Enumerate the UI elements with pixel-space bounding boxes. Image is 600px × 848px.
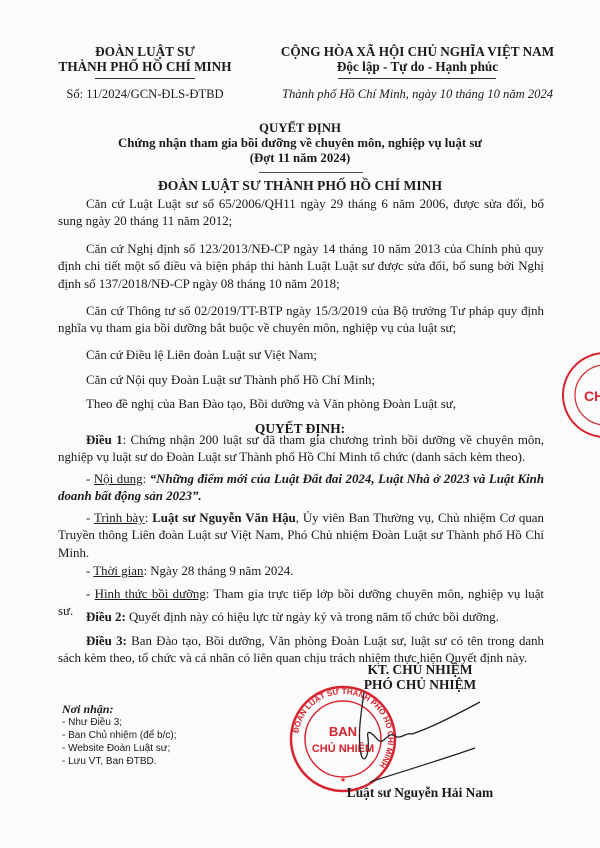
place-date: Thành phố Hồ Chí Minh, ngày 10 tháng 10 … (255, 87, 580, 102)
decision-heading: QUYẾT ĐỊNH: (60, 397, 540, 413)
article-2-label: Điều 2: (86, 610, 126, 624)
format-label: Hình thức bồi dưỡng (95, 587, 206, 601)
time-value: : Ngày 28 tháng 9 năm 2024. (143, 564, 293, 578)
state-name: CỘNG HÒA XÃ HỘI CHỦ NGHĨA VIỆT NAM (255, 44, 580, 59)
document-title: QUYẾT ĐỊNH Chứng nhận tham gia bồi dưỡng… (60, 121, 540, 166)
time-label: Thời gian (93, 564, 143, 578)
title-line2: Chứng nhận tham gia bồi dưỡng về chuyên … (60, 136, 540, 151)
recipient-item: - Website Đoàn Luật sư; (62, 742, 177, 755)
preamble-3: Căn cứ Thông tư số 02/2019/TT-BTP ngày 1… (58, 303, 544, 338)
recipients-label: Nơi nhận: (62, 703, 177, 716)
recipient-item: - Ban Chủ nhiệm (để b/c); (62, 729, 177, 742)
signer-name: Luật sư Nguyễn Hải Nam (330, 785, 510, 801)
article-1-content: - Nội dung: “Những điểm mới của Luật Đất… (58, 471, 544, 506)
article-1: Điều 1: Chứng nhận 200 luật sư đã tham g… (58, 432, 544, 467)
recipients-block: Nơi nhận: - Như Điều 3; - Ban Chủ nhiệm … (62, 703, 177, 768)
presenter-label: Trình bày (94, 511, 145, 525)
edge-stamp-icon: CH (560, 345, 600, 445)
article-2: Điều 2: Quyết định này có hiệu lực từ ng… (58, 609, 544, 626)
motto: Độc lập - Tự do - Hạnh phúc (255, 59, 580, 74)
issuer-heading: ĐOÀN LUẬT SƯ THÀNH PHỐ HỒ CHÍ MINH (60, 178, 540, 194)
svg-text:CH: CH (584, 388, 600, 404)
national-motto-block: CỘNG HÒA XÃ HỘI CHỦ NGHĨA VIỆT NAM Độc l… (255, 44, 580, 74)
motto-underline (338, 78, 496, 79)
recipient-item: - Như Điều 3; (62, 716, 177, 729)
article-3-text: Ban Đào tạo, Bồi dưỡng, Văn phòng Đoàn L… (58, 634, 544, 665)
content-label: Nội dung (94, 472, 143, 486)
article-3-label: Điều 3: (86, 634, 127, 648)
preamble-1: Căn cứ Luật Luật sư số 65/2006/QH11 ngày… (58, 196, 544, 231)
article-1-time: - Thời gian: Ngày 28 tháng 9 năm 2024. (58, 563, 544, 580)
preamble-5: Căn cứ Nội quy Đoàn Luật sư Thành phố Hồ… (58, 372, 544, 389)
handwritten-signature-icon (340, 688, 490, 788)
article-1-label: Điều 1 (86, 433, 123, 447)
reference-number: Số: 11/2024/GCN-ĐLS-ĐTBD (40, 87, 250, 102)
article-1-presenter: - Trình bày: Luật sư Nguyễn Văn Hậu, Ủy … (58, 510, 544, 562)
title-underline (259, 172, 363, 173)
presenter-name: Luật sư Nguyễn Văn Hậu (152, 511, 296, 525)
org-underline (95, 78, 195, 79)
title-line3: (Đợt 11 năm 2024) (60, 151, 540, 166)
article-2-text: Quyết định này có hiệu lực từ ngày ký và… (126, 610, 499, 624)
org-name-line2: THÀNH PHỐ HỒ CHÍ MINH (40, 59, 250, 74)
article-1-text: : Chứng nhận 200 luật sư đã tham gia chư… (58, 433, 544, 464)
recipient-item: - Lưu VT, Ban ĐTBD. (62, 755, 177, 768)
org-name-line1: ĐOÀN LUẬT SƯ (40, 44, 250, 59)
issuing-org-block: ĐOÀN LUẬT SƯ THÀNH PHỐ HỒ CHÍ MINH (40, 44, 250, 74)
signature-title-line1: KT. CHỦ NHIỆM (330, 662, 510, 677)
preamble-4: Căn cứ Điều lệ Liên đoàn Luật sư Việt Na… (58, 347, 544, 364)
title-line1: QUYẾT ĐỊNH (60, 121, 540, 136)
preamble-2: Căn cứ Nghị định số 123/2013/NĐ-CP ngày … (58, 241, 544, 293)
